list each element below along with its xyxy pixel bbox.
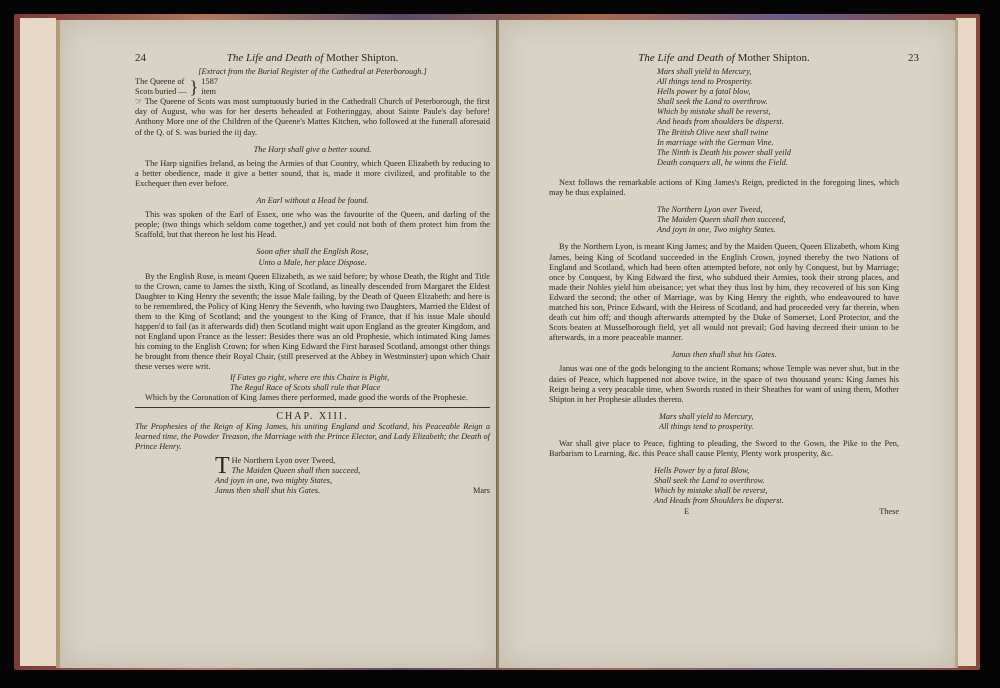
register-value: item — [201, 87, 218, 97]
register-label: Scots buried — — [135, 87, 187, 97]
right-page: The Life and Death of Mother Shipton. 23… — [499, 20, 958, 668]
page-number: 23 — [908, 53, 919, 63]
paragraph: By the English Rose, is meant Queen Eliz… — [135, 272, 490, 373]
left-page: 24 The Life and Death of Mother Shipton.… — [56, 20, 501, 668]
verse: An Earl without a Head be found. — [135, 196, 490, 206]
chapter-rule — [135, 407, 490, 408]
paragraph: Next follows the remarkable actions of K… — [549, 178, 899, 198]
paragraph: Which by the Coronation of King James th… — [135, 393, 490, 403]
verse-line: All things tend to Prosperity. — [657, 77, 899, 87]
verse-line: In marriage with the German Vine. — [657, 138, 899, 148]
verse-line: And joyn in one, Two mighty States. — [657, 225, 899, 235]
verse-line: Shall seek the Land to overthrow. — [657, 97, 899, 107]
verse-line: Mars shall yield to Mercury, — [657, 67, 899, 77]
paragraph: War shall give place to Peace, fighting … — [549, 439, 899, 459]
verse-line: Hells power by a fatal blow, — [657, 87, 899, 97]
left-endpaper — [20, 18, 56, 666]
verse-line: If Fates go right, where ere this Chaire… — [230, 373, 490, 383]
verse: The Harp shall give a better sound. — [135, 145, 490, 155]
verse: If Fates go right, where ere this Chaire… — [135, 373, 490, 393]
left-page-text: 24 The Life and Death of Mother Shipton.… — [135, 53, 490, 497]
verse-line: The British Olive next shall twine — [657, 128, 899, 138]
verse-line: The Ninth is Death his power shall yeild — [657, 148, 899, 158]
verse-line: He Northern Lyon over Tweed, — [215, 456, 490, 466]
verse: T He Northern Lyon over Tweed, The Maide… — [135, 456, 490, 496]
verse-line: Death conquers all, he winns the Field. — [657, 158, 899, 168]
page-number: 24 — [135, 53, 146, 63]
signature-mark: E — [684, 507, 689, 517]
verse-line: Janus then shall shut his Gates. — [215, 486, 320, 495]
paragraph: By the Northern Lyon, is meant King Jame… — [549, 242, 899, 343]
catchword: Mars — [473, 486, 490, 496]
register-entry: The Queene of Scots buried — } 1587 item — [135, 77, 490, 97]
register-text: ☞ The Queene of Scots was most sumptuous… — [135, 97, 490, 137]
running-head-roman: Mother Shipton. — [738, 52, 810, 64]
verse-line: All things tend to prosperity. — [659, 422, 899, 432]
page-footer: E These — [549, 507, 899, 519]
verse: Mars shall yield to Mercury, All things … — [549, 412, 899, 432]
register-label: The Queene of — [135, 77, 187, 87]
verse-line: Which by mistake shall be reverst, — [657, 107, 899, 117]
verse-line: The Northern Lyon over Tweed, — [657, 205, 899, 215]
catchword: These — [879, 507, 899, 517]
extract-heading: [Extract from the Burial Register of the… — [135, 67, 490, 77]
verse-line: Mars shall yield to Mercury, — [659, 412, 899, 422]
chapter-title: CHAP. XIII. — [135, 412, 490, 422]
register-value: 1587 — [201, 77, 218, 87]
verse: Mars shall yield to Mercury, All things … — [549, 67, 899, 168]
verse-line: Unto a Male, her place Dispose. — [135, 258, 490, 268]
verse: Hells Power by a fatal Blow, Shall seek … — [549, 466, 899, 506]
running-head: The Life and Death of Mother Shipton. 23 — [549, 53, 899, 67]
verse-line-row: Janus then shall shut his Gates. Mars — [215, 486, 490, 496]
running-head-italic: The Life and Death of — [638, 52, 735, 64]
running-head: 24 The Life and Death of Mother Shipton. — [135, 53, 490, 67]
drop-cap: T — [215, 456, 230, 476]
chapter-summary: The Prophesies of the Reign of King Jame… — [135, 422, 490, 452]
verse-line: Shall seek the Land to overthrow. — [654, 476, 899, 486]
verse-line: The Regal Race of Scots shall rule that … — [230, 383, 490, 393]
verse-line: And Heads from Shoulders be disperst. — [654, 496, 899, 506]
paragraph: The Harp signifies Ireland, as being the… — [135, 159, 490, 189]
running-head-italic: The Life and Death of — [227, 52, 324, 64]
verse: Janus then shall shut his Gates. — [549, 350, 899, 360]
verse: The Northern Lyon over Tweed, The Maiden… — [549, 205, 899, 235]
verse-line: Soon after shall the English Rose, — [135, 247, 490, 257]
verse-line: And joyn in one, two mighty States, — [215, 476, 490, 486]
right-endpaper — [956, 18, 976, 666]
paragraph: This was spoken of the Earl of Essex, on… — [135, 210, 490, 240]
verse-line: Hells Power by a fatal Blow, — [654, 466, 899, 476]
verse-line: And heads from shoulders be disperst. — [657, 117, 899, 127]
verse: Soon after shall the English Rose, Unto … — [135, 247, 490, 267]
verse-line: The Maiden Queen shall then succeed, — [215, 466, 490, 476]
paragraph: Janus was one of the gods belonging to t… — [549, 364, 899, 404]
brace: } — [190, 78, 199, 96]
verse-line: The Maiden Queen shall then succeed, — [657, 215, 899, 225]
verse-line: Which by mistake shall be reverst, — [654, 486, 899, 496]
running-head-roman: Mother Shipton. — [326, 52, 398, 64]
right-page-text: The Life and Death of Mother Shipton. 23… — [549, 53, 899, 519]
